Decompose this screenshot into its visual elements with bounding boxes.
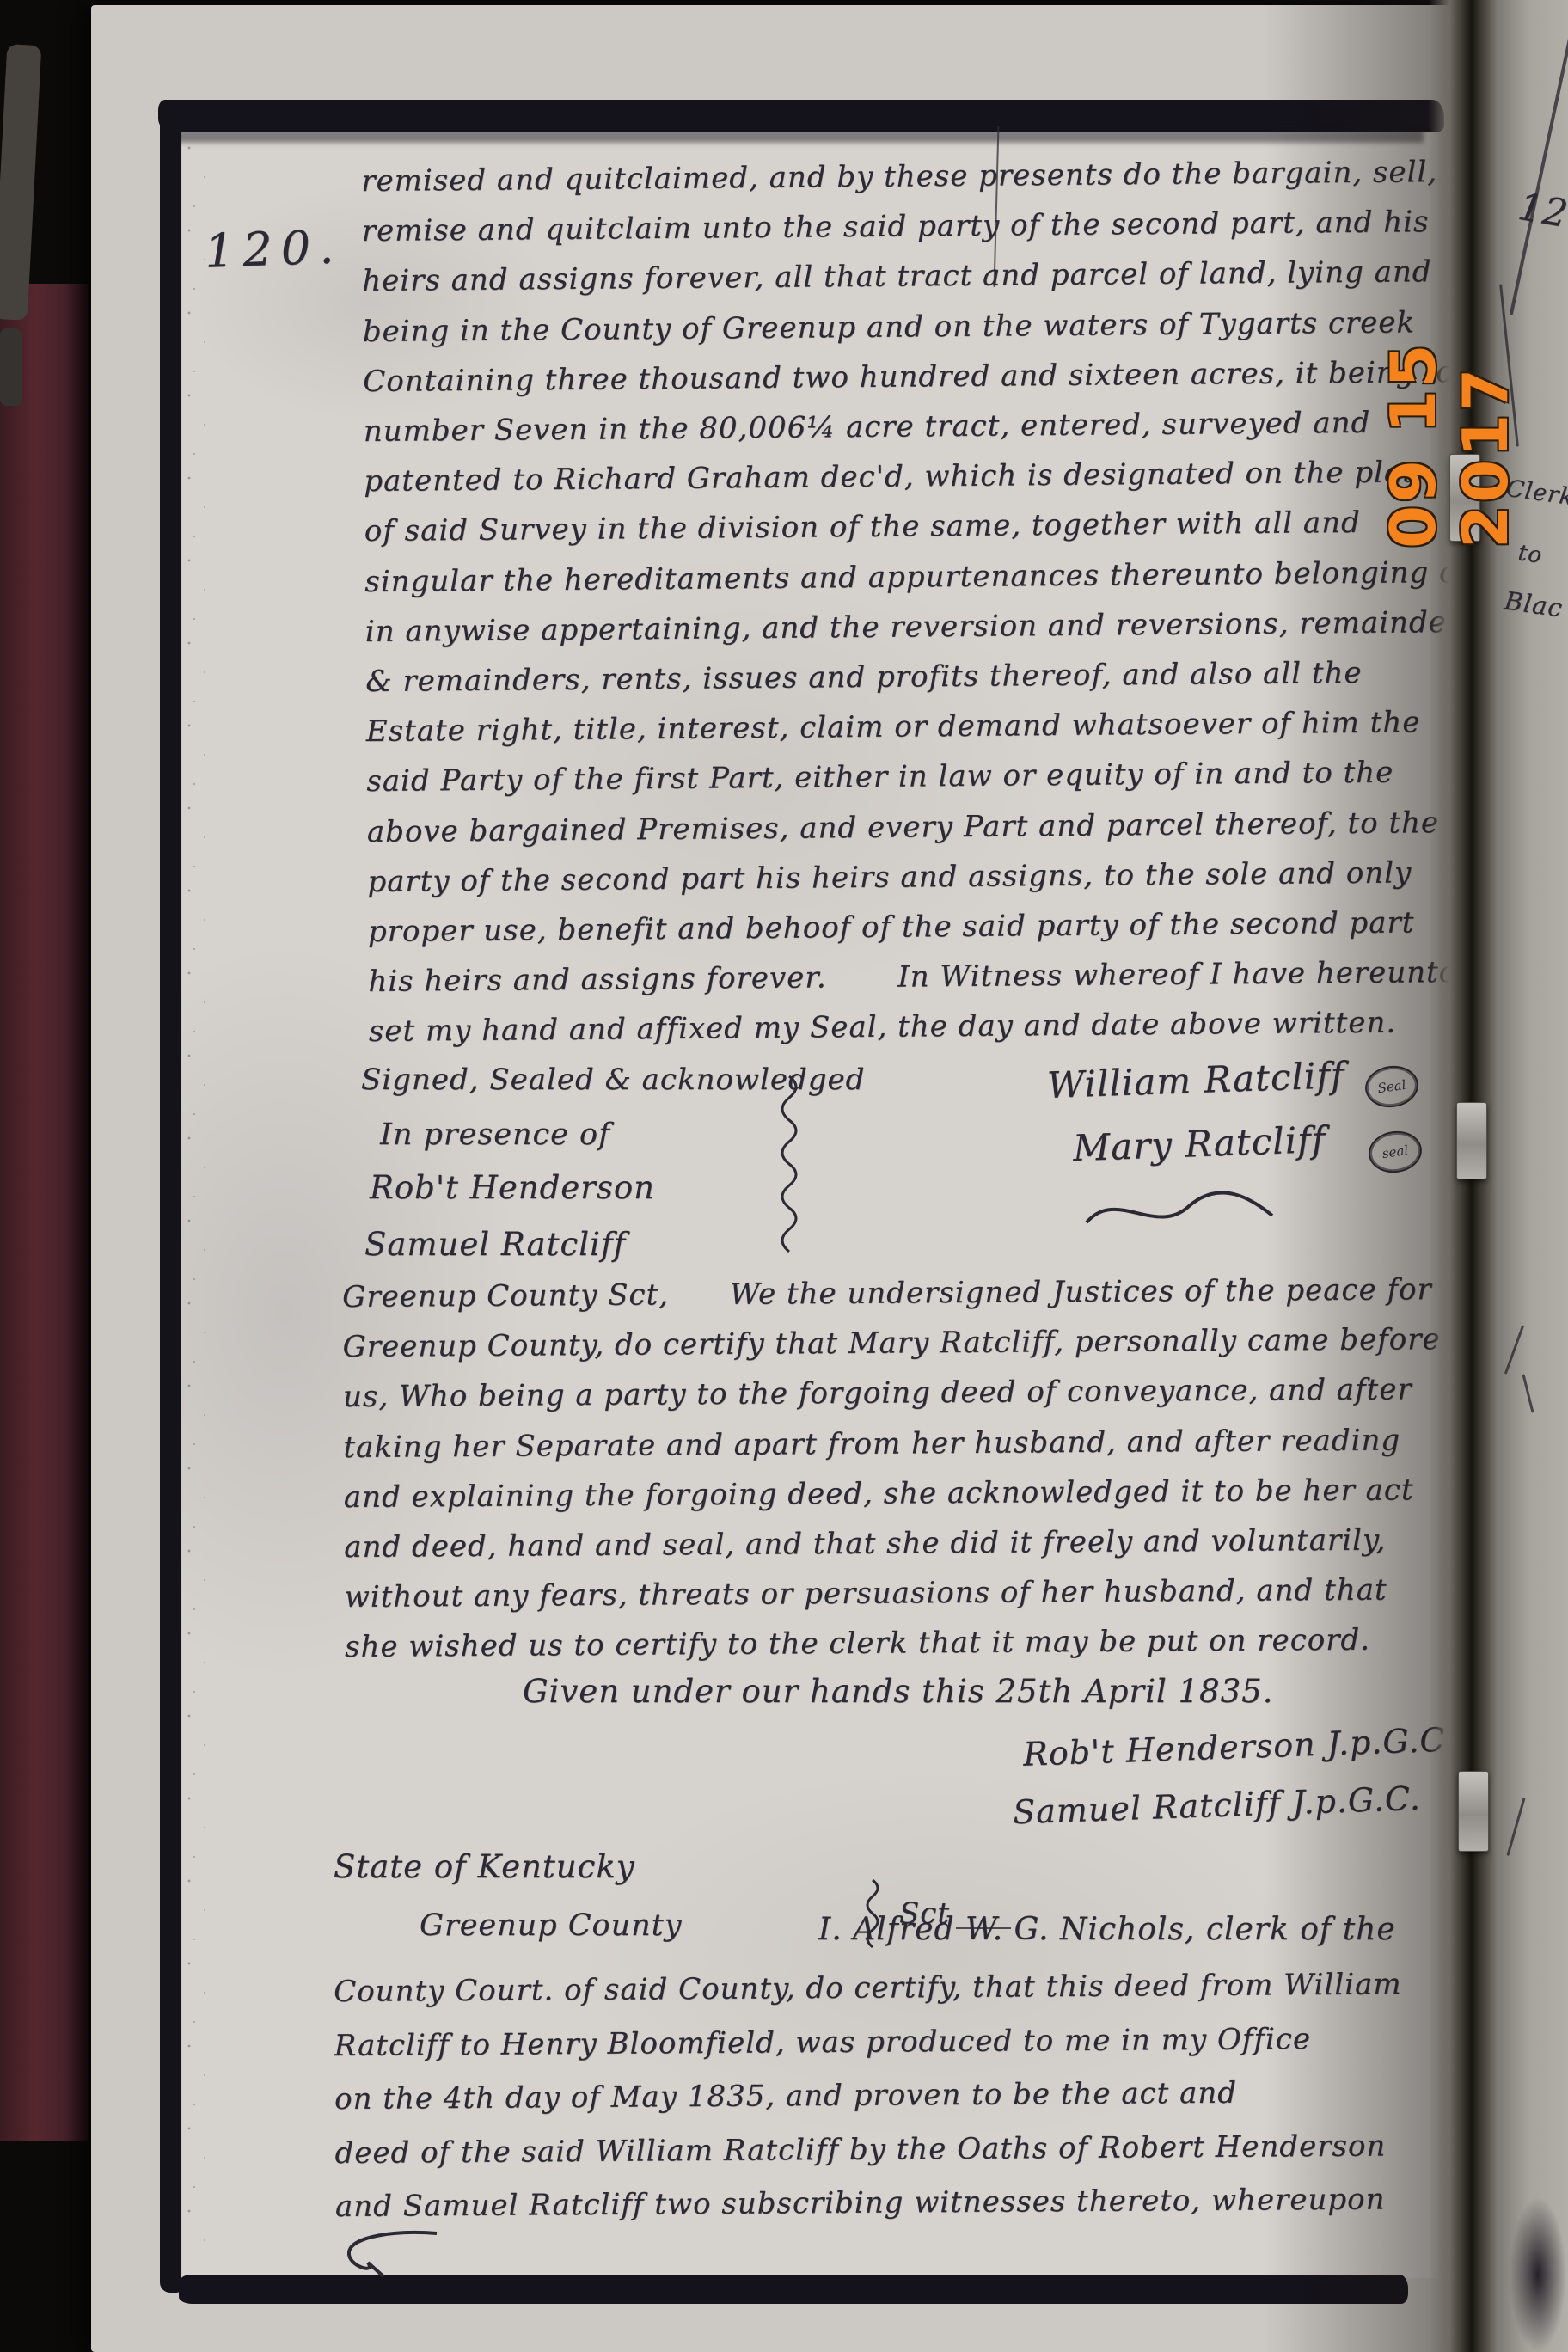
handwritten-line: she wished us to certify to the clerk th… — [345, 1615, 1411, 1673]
pen-stroke — [1504, 1325, 1524, 1374]
handwritten-line: & remainders, rents, issues and profits … — [365, 647, 1414, 707]
handwritten-line: us, Who being a party to the forgoing de… — [343, 1365, 1409, 1423]
signature-flourish — [1081, 1186, 1279, 1238]
handwritten-line: taking her Separate and apart from her h… — [343, 1415, 1409, 1473]
deed-paragraph: remised and quitclaimed, and by these pr… — [361, 147, 1418, 1057]
record-book-photo: 120. remised and quitclaimed, and by the… — [0, 0, 1568, 2352]
greenup-county-line: Greenup County — [420, 1908, 683, 1943]
handwritten-line: party of the second part his heirs and a… — [367, 848, 1416, 907]
clerk-certificate: County Court. of said County, do certify… — [334, 1957, 1410, 2233]
in-presence-of-line: In presence of — [380, 1118, 610, 1152]
handwritten-line: and explaining the forgoing deed, she ac… — [344, 1465, 1410, 1522]
handwritten-line: singular the hereditaments and appurtena… — [364, 548, 1413, 607]
ink-blob — [1510, 2197, 1566, 2352]
handwritten-line: patented to Richard Graham dec'd, which … — [364, 448, 1412, 507]
handwritten-line: Containing three thousand two hundred an… — [363, 347, 1412, 407]
binder-clip — [1458, 1771, 1489, 1852]
witness-name: Samuel Ratcliff — [364, 1226, 626, 1263]
handwritten-line: said Party of the first Part, either in … — [366, 748, 1415, 807]
handwritten-line: remised and quitclaimed, and by these pr… — [361, 147, 1410, 206]
handwritten-line: and Samuel Ratcliff two subscribing witn… — [335, 2172, 1410, 2233]
page-left-border — [160, 105, 181, 2293]
dateline: Given under our hands this 25th April 18… — [523, 1673, 1273, 1710]
handwritten-line: remise and quitclaim unto the said party… — [362, 198, 1411, 257]
maroon-curtain — [0, 284, 88, 2141]
state-of-kentucky-line: State of Kentucky — [334, 1848, 635, 1885]
handwritten-line: Greenup County Sct, We the undersigned J… — [342, 1265, 1408, 1322]
facing-page-number: 121 — [1515, 185, 1568, 241]
handwritten-line: being in the County of Greenup and on th… — [363, 297, 1412, 357]
handwritten-line: above bargained Premises, and every Part… — [367, 798, 1416, 857]
page-left-speckles — [182, 138, 218, 2269]
handwritten-line: without any fears, threats or persuasion… — [344, 1565, 1410, 1623]
end-flourish — [342, 2228, 445, 2283]
binder-clip — [1456, 1102, 1487, 1179]
page-top-border-fade — [172, 129, 1424, 143]
handwritten-line: his heirs and assigns forever. In Witnes… — [368, 948, 1417, 1008]
page-number: 120. — [204, 219, 343, 279]
handwritten-line: on the 4th day of May 1835, and proven t… — [334, 2065, 1409, 2126]
facing-page-fragment: Blac — [1503, 585, 1565, 622]
page-top-border — [158, 100, 1444, 132]
handwritten-line: Ratcliff to Henry Bloomfield, was produc… — [334, 2012, 1408, 2073]
handwritten-line: and deed, hand and seal, and that she di… — [344, 1515, 1410, 1572]
pen-stroke — [1506, 1798, 1525, 1856]
brace-squiggle — [772, 1073, 806, 1257]
justices-certificate: Greenup County Sct, We the undersigned J… — [342, 1265, 1411, 1672]
handwritten-line: heirs and assigns forever, all that trac… — [362, 248, 1411, 307]
handwritten-line: County Court. of said County, do certify… — [334, 1957, 1408, 2018]
handwritten-line: deed of the said William Ratcliff by the… — [334, 2119, 1409, 2180]
handwritten-line: Greenup County, do certify that Mary Rat… — [342, 1315, 1408, 1373]
background-object — [0, 328, 22, 406]
handwritten-line: set my hand and affixed my Seal, the day… — [369, 998, 1418, 1057]
handwritten-line: proper use, benefit and behoof of the sa… — [368, 897, 1417, 957]
pen-stroke — [1522, 1374, 1534, 1412]
handwritten-line: in anywise appertaining, and the reversi… — [365, 597, 1414, 657]
handwritten-line: of said Survey in the division of the sa… — [364, 498, 1413, 557]
handwritten-line: number Seven in the 80,006¼ acre tract, … — [364, 397, 1412, 456]
witness-name: Rob't Henderson — [370, 1169, 655, 1206]
camera-timestamp: 09 15 2017 — [1377, 144, 1522, 548]
handwritten-line: Estate right, title, interest, claim or … — [366, 698, 1415, 757]
